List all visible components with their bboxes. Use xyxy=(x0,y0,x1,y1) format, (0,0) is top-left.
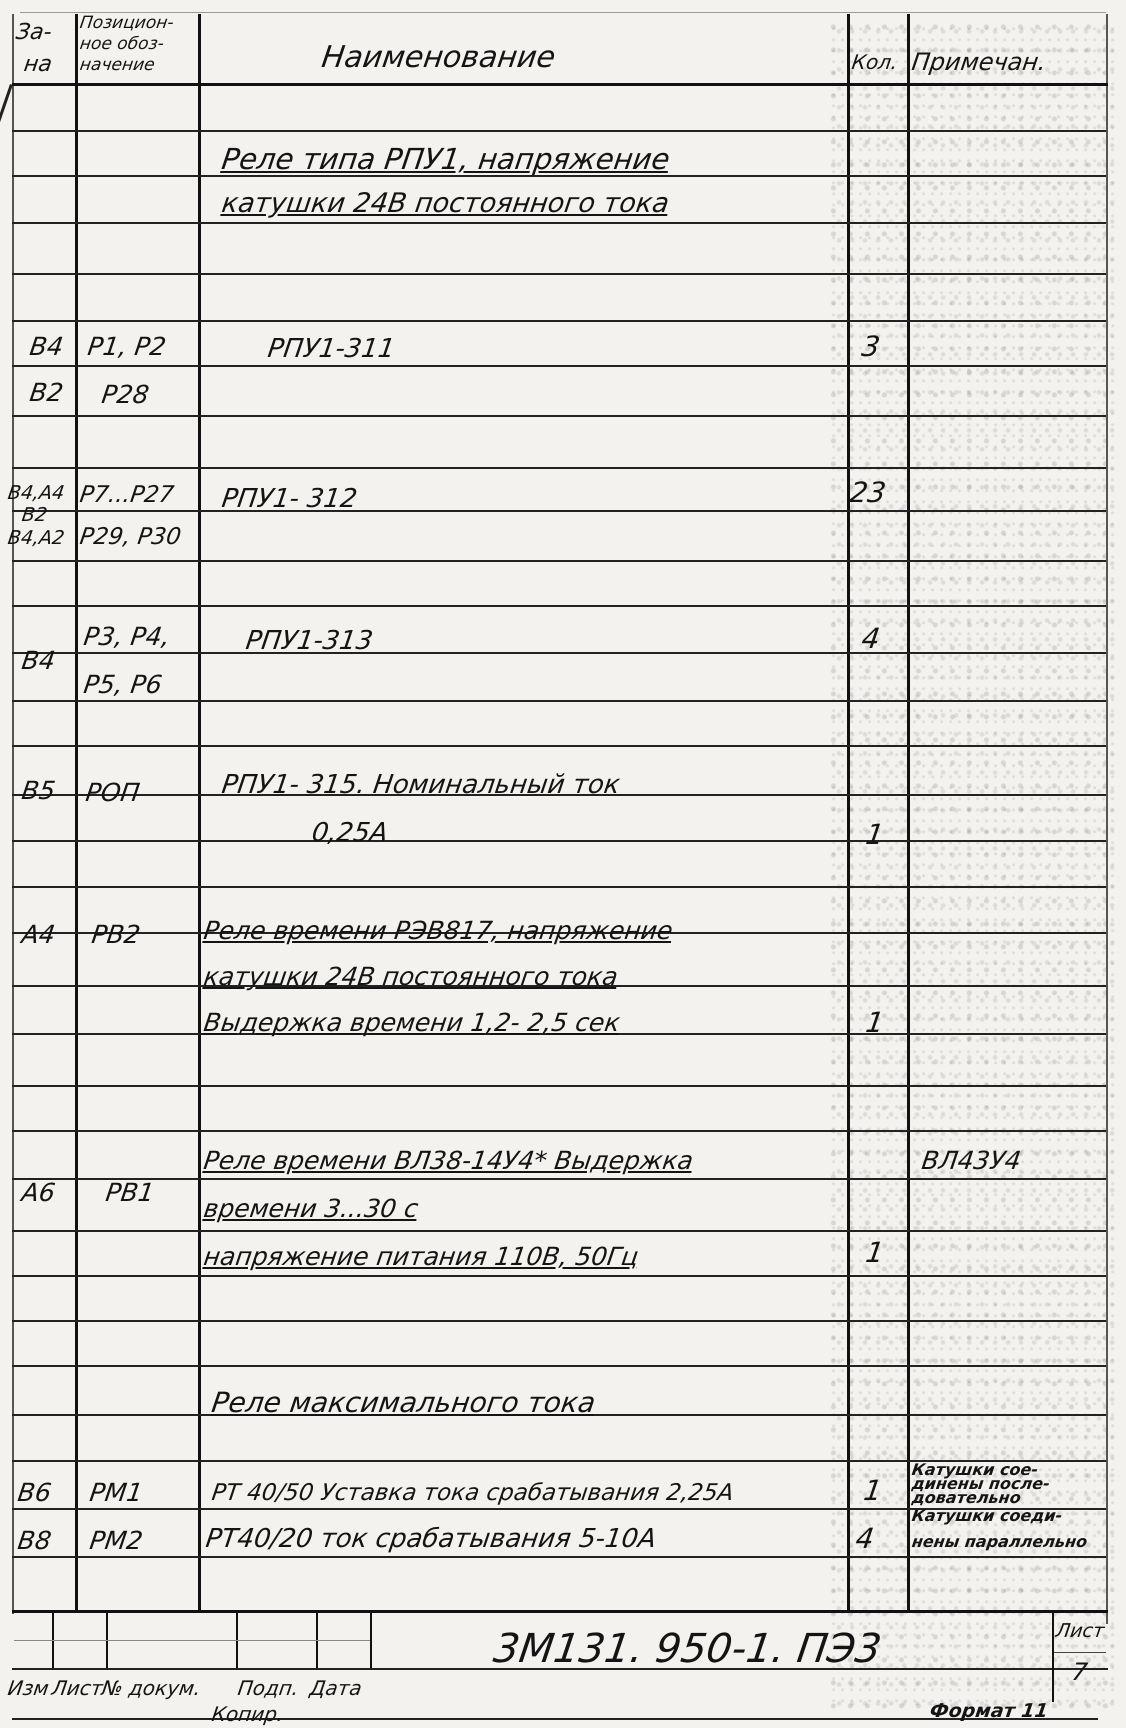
row-position: Р29, Р30 xyxy=(78,524,183,550)
col-divider-name xyxy=(847,14,850,1610)
row-divider xyxy=(12,1275,1106,1277)
row-zone: В5 xyxy=(20,776,57,805)
row-qty: 1 xyxy=(864,1236,886,1269)
row-name: РПУ1-311 xyxy=(266,334,397,364)
row-qty: 4 xyxy=(860,622,882,655)
specification-sheet: За- на Позицион- ное обоз- начение Наиме… xyxy=(0,0,1126,1728)
row-divider xyxy=(12,1320,1106,1322)
row-divider xyxy=(12,320,1106,322)
tb-label-date: Дата xyxy=(308,1676,363,1700)
row-name: РТ40/20 ток срабатывания 5-10А xyxy=(204,1524,658,1554)
cancel-stroke xyxy=(0,84,13,293)
row-position: Р3, Р4, xyxy=(82,622,172,651)
col-divider-qty xyxy=(907,14,910,1610)
tb-label-docnum: № докум. xyxy=(100,1676,202,1700)
row-divider xyxy=(12,560,1106,562)
row-name: РПУ1- 315. Номинальный ток xyxy=(220,770,622,800)
row-qty: 23 xyxy=(848,476,888,509)
row-name: РТ 40/50 Уставка тока срабатывания 2,25А xyxy=(210,1480,735,1506)
row-position: Р1, Р2 xyxy=(86,332,168,361)
row-zone: В4,А2 xyxy=(6,527,65,549)
row-divider xyxy=(12,745,1106,747)
row-zone: А6 xyxy=(20,1178,57,1207)
section-heading-max-current: Реле максимального тока xyxy=(210,1386,598,1419)
row-note: нены параллельно xyxy=(911,1534,1088,1549)
row-divider xyxy=(12,652,1106,654)
row-divider xyxy=(12,605,1106,607)
tb-divider xyxy=(370,1612,372,1668)
header-position-line2: ное обоз- xyxy=(79,35,165,53)
section-heading-line1: Реле типа РПУ1, напряжение xyxy=(220,142,672,176)
row-zone: В4 xyxy=(20,646,57,675)
row-zone: В8 xyxy=(16,1526,53,1555)
header-zone-line2: на xyxy=(23,56,53,74)
row-divider xyxy=(12,130,1106,132)
document-code: 3М131. 950-1. ПЭ3 xyxy=(491,1626,884,1672)
row-divider xyxy=(12,273,1106,275)
row-divider xyxy=(12,467,1106,469)
tb-divider-sheet xyxy=(1052,1612,1054,1702)
header-zone-line1: За- xyxy=(15,24,53,42)
header-position-line1: Позицион- xyxy=(79,14,175,32)
row-qty: 1 xyxy=(864,818,886,851)
row-divider xyxy=(12,1365,1106,1367)
row-divider xyxy=(12,510,1106,512)
row-position: Р7...Р27 xyxy=(78,482,175,508)
row-divider xyxy=(12,1230,1106,1232)
row-divider xyxy=(12,415,1106,417)
row-divider xyxy=(12,1085,1106,1087)
tb-sheet-line xyxy=(1054,1652,1106,1653)
row-name: Реле времени РЭВ817, напряжение xyxy=(202,916,675,945)
row-zone: В6 xyxy=(16,1478,53,1507)
header-qty: Кол. xyxy=(850,50,899,74)
row-position: РМ2 xyxy=(88,1526,145,1555)
row-divider xyxy=(12,886,1106,888)
row-position: РМ1 xyxy=(88,1478,145,1507)
row-zone: В2 xyxy=(20,504,48,526)
row-note: ВЛ43У4 xyxy=(920,1146,1023,1175)
row-name: РПУ1- 312 xyxy=(220,484,359,514)
row-zone: А4 xyxy=(20,920,57,949)
title-block-top xyxy=(12,1610,1108,1613)
row-note: Катушки соеди- xyxy=(911,1508,1063,1523)
header-position-line3: начение xyxy=(79,56,156,74)
tb-label-sign: Подп. xyxy=(236,1676,300,1700)
row-position: РОП xyxy=(84,778,142,807)
row-position: Р5, Р6 xyxy=(82,670,164,699)
row-name: напряжение питания 110В, 50Гц xyxy=(202,1242,640,1271)
row-position: РВ2 xyxy=(90,920,142,949)
tb-label-change: Изм xyxy=(6,1676,50,1700)
tb-copied: Копир. xyxy=(210,1702,285,1726)
row-name: 0,25А xyxy=(310,818,390,848)
row-name: Реле времени ВЛ38-14У4* Выдержка xyxy=(202,1146,695,1175)
row-divider xyxy=(12,365,1106,367)
top-border xyxy=(20,12,1106,13)
row-zone: В4 xyxy=(28,332,65,361)
row-name: времени 3...30 с xyxy=(202,1194,420,1223)
tb-faint-line xyxy=(14,1640,370,1641)
row-qty: 1 xyxy=(862,1474,884,1507)
row-name: Выдержка времени 1,2- 2,5 сек xyxy=(202,1008,622,1037)
row-divider xyxy=(12,840,1106,842)
section-heading-line2: катушки 24В постоянного тока xyxy=(220,188,671,219)
left-border xyxy=(12,14,14,1614)
row-divider xyxy=(12,1178,1106,1180)
row-qty: 3 xyxy=(860,330,882,363)
col-divider-position xyxy=(198,14,201,1610)
row-divider xyxy=(12,700,1106,702)
row-zone: В2 xyxy=(28,378,65,407)
row-name: РПУ1-313 xyxy=(244,626,375,656)
right-border xyxy=(1106,14,1108,1624)
row-position: Р28 xyxy=(100,380,151,409)
header-divider xyxy=(12,83,1108,86)
header-note: Примечан. xyxy=(910,48,1048,76)
row-name: катушки 24В постоянного тока xyxy=(202,962,620,991)
format-label: Формат 11 xyxy=(928,1700,1049,1722)
row-note: довательно xyxy=(911,1490,1022,1505)
row-qty: 4 xyxy=(854,1522,876,1555)
sheet-number: 7 xyxy=(1070,1658,1089,1686)
sheet-label: Лист xyxy=(1054,1620,1105,1642)
row-divider xyxy=(12,222,1106,224)
row-divider xyxy=(12,1556,1106,1558)
row-position: РВ1 xyxy=(104,1178,156,1207)
header-name: Наименование xyxy=(320,40,558,75)
row-zone: В4,А4 xyxy=(6,482,65,504)
tb-label-sheet: Лист xyxy=(50,1676,104,1700)
row-divider xyxy=(12,1130,1106,1132)
col-divider-zone xyxy=(75,14,78,1610)
